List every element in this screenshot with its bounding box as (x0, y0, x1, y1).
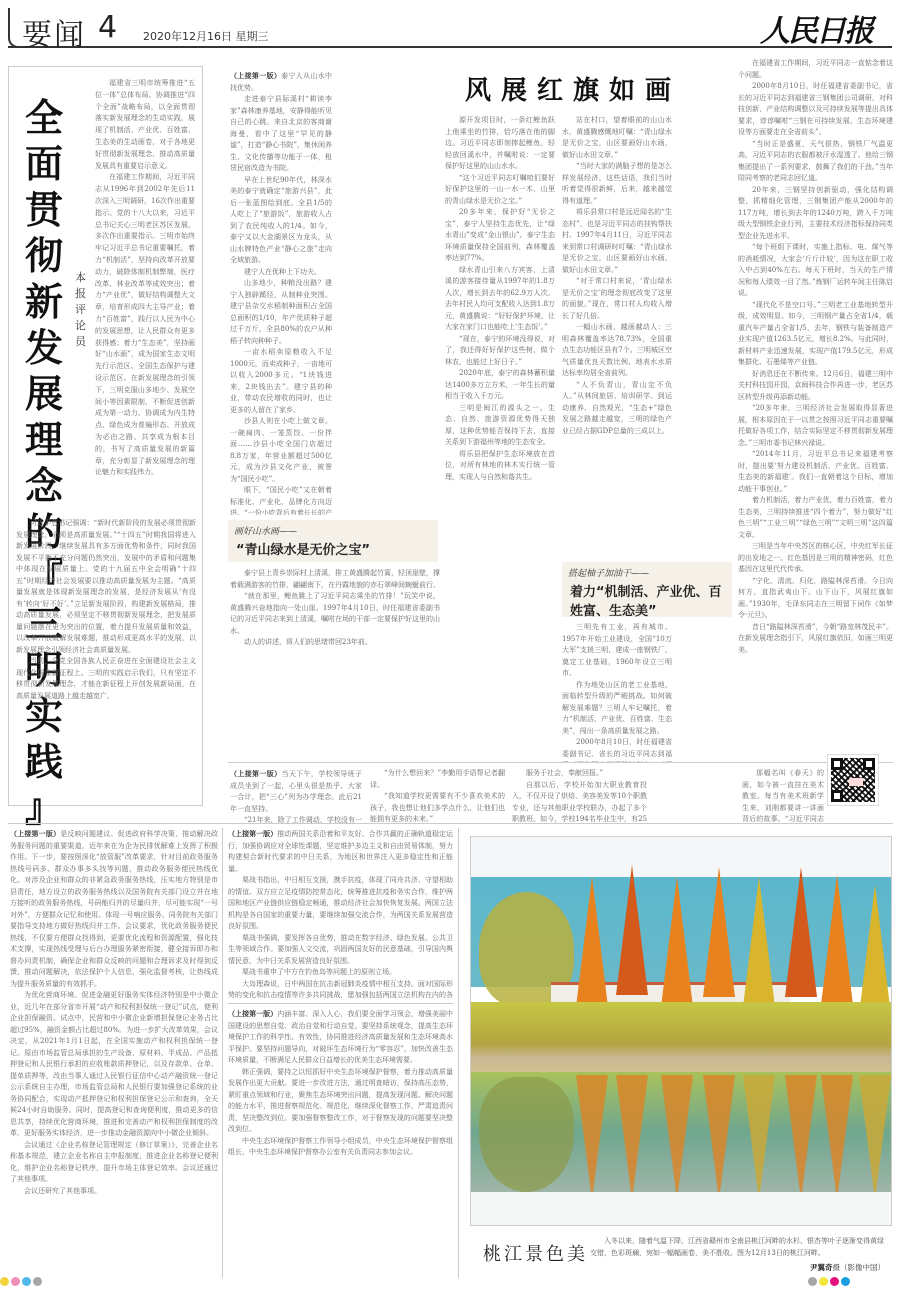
paragraph: 建宁人在优种上下功夫。 (230, 267, 332, 279)
feature-headline: 风展红旗如画 (465, 70, 681, 107)
paragraph: 福建省三明市统筹推进“五位一体”总体布局、协调推进“四个全面”战略布局，以全面贯… (95, 78, 195, 172)
ecology-article: （上接第一版）内涵丰富、深入人心，我们要全面学习领会，增强美丽中国建设的思想自觉… (228, 1008, 453, 1278)
section-name: 要闻 (22, 10, 86, 54)
paragraph: “当时大家的满脑子想的是怎么样发展经济，这些话语，我们当时听着觉得很新鲜，后来，… (562, 161, 672, 207)
paragraph: 韩正强调，要持之以恒抓好中央生态环境保护督察，着力推动高质量发展作出更大贡献。要… (228, 1067, 453, 1136)
page-number: 4 (98, 10, 117, 45)
paragraph: 20多年来，保护好“无价之宝”，泰宁人坚持生态优先，让“绿水青山”变成“金山银山… (445, 207, 555, 265)
paragraph: “人不负青山，青山定不负人。”从林间旅居、培训研学、到运动康养、自然观光，“生态… (562, 380, 672, 438)
continuation-label: （上接第一版） (230, 769, 281, 778)
continuation-label: （上接第一版） (228, 1009, 277, 1018)
paragraph: （上接第一版）推动两国关系沿着和平友好、合作共赢的正确轨道稳定运行，加强协调应对… (228, 828, 453, 875)
education-column-1: （上接第一版）当天下午，学校领导班子成员坐到了一起，心里头很是热乎。大家一合计，… (230, 768, 362, 823)
paragraph: 山多地少，种粮没出路？建宁人独辟蹊径，从制种业突围。建宁县杂交水稻制种面积占全国… (230, 278, 332, 347)
feature-column-2: 源开发项目时，一条红鲤鱼跃上他乘坐的竹排，恰巧落在他的脚边。习近平同志即刻捧起鲤… (445, 115, 555, 760)
subhead-title: “青山绿水是无价之宝” (228, 537, 438, 564)
paragraph: “2014年11月，习近平总书记来福建考察时，提出要‘努力建设机制活、产业优、百… (738, 449, 893, 495)
paragraph: 好消息还在不断传来。12月6日，福建三明中关村科技园开园，京闽科技合作再进一步，… (738, 369, 893, 404)
paragraph: 服务于社会，奉献回报。” (512, 768, 647, 780)
china-japan-article: （上接第一版）推动两国关系沿着和平友好、合作共赢的正确轨道稳定运行，加强协调应对… (228, 828, 453, 998)
registration-dot-icon (33, 1277, 42, 1286)
paragraph: 眼下，“国民小吃”又在朝着标准化、产业化、品牌化方向迈进。“一份小吃背后有着长长… (230, 485, 332, 515)
feature-column-1b: 泰宁县上青乡崇际村上清溪，排工黄盛腾起竹篙，轻顶崖壁，撑着载满游客的竹排，翩翩南… (230, 568, 440, 758)
paragraph: 为优化营商环境、促进金融更好服务实体经济特别是中小微企业，近几年在部分省市开展“… (10, 990, 218, 1140)
qr-finder-icon (863, 758, 875, 770)
education-column-4: 那幅名叫《春天》的画，如今被一直挂在美术教室。每当有美术班新学生来，刘刚都要讲一… (742, 768, 824, 823)
column-rule (458, 828, 459, 1278)
registration-dot-icon (0, 1277, 9, 1286)
page-masthead: 要闻 4 2020年12月16日 星期三 人民日报 (8, 8, 892, 48)
paragraph: 那幅名叫《春天》的画，如今被一直挂在美术教室。每当有美术班新学生来，刘刚都要讲一… (742, 768, 824, 823)
divider (228, 762, 893, 763)
paragraph: 三明先有工业，再有城市。1957年开始工业建设，全国“10万大军”支援三明，建成… (562, 622, 672, 680)
landscape-photo (470, 836, 892, 1226)
paragraph: 昔日“路隘林深苔滑”，今朝“路宽林茂民丰”。在新发展理念指引下，风展红旗依旧，如… (738, 622, 893, 657)
paragraph: 中央生态环境保护督察工作领导小组成员，中央生态环境保护督察组组长，中央生态环境保… (228, 1136, 453, 1159)
paragraph: 会议通过《企业名称登记管理规定（修订草案）》，完善企业名称基本规范，建立企业名称… (10, 1140, 218, 1186)
paragraph: 绿水青山引来八方宾客，上清溪的游客接待量从1997年的1.8万人次，增长到去年的… (445, 265, 555, 334)
title-char: 念 (22, 463, 66, 509)
paragraph: “每个班组下课时，实施上指标、电、煤气等的消耗情况，大家会‘斤斤计较’，因为这在… (738, 242, 893, 300)
continuation-label: （上接第一版） (230, 71, 281, 80)
paragraph: “就在那里，鲤鱼跳上了习近平同志乘坐的竹排！”玩笑中说，黄盛腾兴奋地指向一处山崖… (230, 591, 440, 637)
feature-column-3b: 三明先有工业，再有城市。1957年开始工业建设，全国“10万大军”支援三明，建成… (562, 622, 672, 762)
divider (8, 823, 893, 824)
paragraph: “现在，泰宁的环境没得说，对了，我还得好好保护这些树，做个林农，也能过上好日子。… (445, 334, 555, 369)
paragraph: “这个习近平同志叮嘱咱们要好好保护这里的一山一水一木，山里的青山绿水是无价之宝。… (445, 173, 555, 208)
subhead-kicker: 搭起柚子加油干—— (562, 562, 732, 579)
paragraph: （上接第一版）内涵丰富、深入人心，我们要全面学习领会，增强美丽中国建设的思想自觉… (228, 1008, 453, 1067)
commentary-body-top: 福建省三明市统筹推进“五位一体”总体布局、协调推进“四个全面”战略布局，以全面贯… (95, 78, 195, 528)
paragraph: “对于常口村来说，‘青山绿水是无价之宝’的理念彻底改变了这里的面貌。”现在，常口… (562, 276, 672, 322)
paragraph: 泰宁县上青乡崇际村上清溪，排工黄盛腾起竹篙，轻顶崖壁，撑着载满游客的竹排，翩翩南… (230, 568, 440, 591)
paragraph: 20年来，三钢坚持创新驱动，强化结构调整，抓精细化管理，三钢集团产能从2000年… (738, 185, 893, 243)
qr-finder-icon (831, 758, 843, 770)
registration-dot-icon (819, 1277, 828, 1286)
paragraph: 在福建省工作期间，习近平同志一直惦念着这个问题。 (738, 58, 893, 81)
registration-marks-right (808, 1277, 850, 1286)
feature-column-1: （上接第一版）泰宁人从山水中找优势。走进泰宁县际溪村“耕读李家”森林康养基地，安… (230, 70, 332, 515)
registration-dot-icon (11, 1277, 20, 1286)
title-char: 新 (22, 279, 66, 325)
title-char: 发 (22, 325, 66, 371)
paragraph: 站在村口，望着眼前的山山水水，黄盛腾感慨地叮嘱：“青山绿水是无价之宝，山区要画好… (562, 115, 672, 161)
paragraph: 自那以后，学校开始加大职业教育投入，不仅开设了烘焙、美容美发等10个职教专业，还… (512, 780, 647, 824)
paragraph: 三明是当年中央苏区的核心区，中央红军长征的出发地之一。红色基因是三明的精神密码，… (738, 541, 893, 576)
paragraph: 动人的讲述，将人们的思绪带回23年前。 (230, 637, 440, 649)
column-rule (222, 828, 223, 1278)
paragraph: 2020年底，泰宁的森林蓄积量达1400多万立方米，一年生长的量相当于收入千万元… (445, 368, 555, 403)
registration-dot-icon (808, 1277, 817, 1286)
paragraph: 栗战书指出，中日相互支援，携手抗疫，体现了同舟共济、守望相助的情谊。双方应立足疫… (228, 875, 453, 933)
paragraph: “为什么想回来？”李勤用手语帮记者翻译。 (370, 768, 505, 791)
continuation-label: （上接第一版） (228, 829, 277, 838)
subhead-kicker: 画好山水画—— (228, 520, 438, 537)
paragraph: 栗战书重申了中方在钓鱼岛等问题上的原则立场。 (228, 967, 453, 979)
paragraph: 早在上世纪90年代，林深水美的泰宁就确定“旅游兴县”，此后一张蓝图绘到底。全县1… (230, 175, 332, 267)
paragraph: 将乐县常口村是远近闻名的“生态村”，也是习近平同志的挂钩帮扶村。1997年4月1… (562, 207, 672, 276)
feature-column-4: 在福建省工作期间，习近平同志一直惦念着这个问题。2000年8月10日，时任福建省… (738, 58, 893, 768)
photo-title: 桃江景色美 (483, 1240, 588, 1266)
feature-subhead-2: 搭起柚子加油干—— 着力“机制活、产业优、百姓富、生态美” (562, 562, 732, 617)
paragraph: 走进泰宁县际溪村“耕读李家”森林康养基地，安静得能听见自己的心跳。来自北京的客商… (230, 94, 332, 175)
qr-finder-icon (831, 790, 843, 802)
education-column-3: 服务于社会，奉献回报。”自那以后，学校开始加大职业教育投入，不仅开设了烘焙、美容… (512, 768, 647, 823)
paragraph: 会议还研究了其他事项。 (10, 1186, 218, 1198)
commentary-body-bottom: 习近平总书记强调：“新时代新阶段的发展必须贯彻新发展理念，必须是高质量发展。”“… (16, 518, 196, 803)
paragraph: “21年来，除了工作调动，学校没有一位老师主动离开。如今，所有老师的工作简历上只… (230, 815, 362, 823)
paragraph: 着力机制活，着力产业优，着力百姓富，着力生态美，三明持续推进“四个着力”，努力做… (738, 495, 893, 541)
issue-date: 2020年12月16日 星期三 (143, 28, 269, 44)
paragraph: 大岛理森说，日中两国在抗击新冠肺炎疫情中相互支持。面对国际形势的变化和抗击疫情等… (228, 979, 453, 999)
qr-code[interactable] (828, 755, 878, 805)
title-char: 理 (22, 417, 66, 463)
paragraph: （上接第一版）是反映问题建议、促进政府科学决策、推动解决政务服务问题的重要渠道，… (10, 828, 218, 990)
registration-dot-icon (22, 1277, 31, 1286)
paragraph: （上接第一版）泰宁人从山水中找优势。 (230, 70, 332, 94)
paragraph: “20多年来，三明经济社会发展取得显著进展，根本原因在于一以贯之按照习近平同志重… (738, 403, 893, 449)
masthead-bracket (8, 8, 18, 48)
paragraph: 沙县人则在小吃上做文章。一碗扁肉、一笼蒸饺、一份拌面……沙县小吃全国门店超过8.… (230, 416, 332, 485)
feature-subhead-1: 画好山水画—— “青山绿水是无价之宝” (228, 520, 438, 562)
paragraph: 2000年8月10日，时任福建省委副书记、省长的习近平同志到福建三钢集团公司调研… (562, 737, 672, 762)
paragraph: 一幅山水画，越画越动人：三明森林覆盖率达78.73%，全国重点生态功能区县有7个… (562, 322, 672, 380)
registration-dot-icon (830, 1277, 839, 1286)
paragraph: 在福建工作期间，习近平同志从1996年到2002年先后11次深入三明调研，16次… (95, 172, 195, 479)
paragraph: 一亩水稻卖原粮收入不足1000元，而卖成种子，一亩地可以收入2000多元。“1块… (230, 347, 332, 416)
divider (228, 1003, 454, 1004)
title-char: 全 (22, 95, 66, 141)
title-char: 面 (22, 141, 66, 187)
qr-logo-icon (849, 778, 863, 786)
paragraph: 习近平总书记强调：“新时代新阶段的发展必须贯彻新发展理念，必须是高质量发展。”“… (16, 518, 196, 656)
paragraph: 当前，全党全国各族人民正奋进在全面建设社会主义现代化国家新征程上。三明的实践启示… (16, 656, 196, 702)
photo-caption: 入冬以来，随着气温下降，江西省赣州市全南县桃江河畔的水杉、银杏等叶子逐渐变得黄绿… (590, 1235, 890, 1259)
paragraph: （上接第一版）当天下午，学校领导班子成员坐到了一起，心里头很是热乎。大家一合计，… (230, 768, 362, 815)
paragraph: “宁化、清流、归化，路隘林深苔滑。今日向何方，直指武夷山下。山下山下，风展红旗如… (738, 576, 893, 622)
paragraph: “当时正是盛夏，天气很热，钢铁厂气温更高，习近平同志的衣服都被汗水湿透了。他给三… (738, 139, 893, 185)
title-char: 贯 (22, 187, 66, 233)
registration-marks-left (0, 1277, 42, 1286)
paragraph: 栗战书强调，要发挥各自优势，推动在数字经济、绿色发展、公共卫生等领域合作。要加强… (228, 933, 453, 968)
subhead-title: 着力“机制活、产业优、百姓富、生态美” (562, 579, 732, 625)
commentary-byline: 本报评论员 (75, 270, 89, 350)
continuation-label: （上接第一版） (10, 829, 60, 838)
education-column-2: “为什么想回来？”李勤用手语帮记者翻译。“我知道学校更需要有不少喜欢美术的孩子，… (370, 768, 505, 823)
paragraph: “我知道学校更需要有不少喜欢美术的孩子，我也想让他们多学点什么，让他们也能拥有更… (370, 791, 505, 823)
paragraph: “现代化不是空口号。”三明老工业基地转型升级，成效明显。如今，三明钢产量占全省1… (738, 300, 893, 369)
paragraph: 2000年8月10日，时任福建省委副书记，省长的习近平同志到福建省三钢集团公司调… (738, 81, 893, 139)
feature-column-3: 站在村口，望着眼前的山山水水，黄盛腾感慨地叮嘱：“青山绿水是无价之宝，山区要画好… (562, 115, 672, 555)
paragraph: 将乐县把保护生态环境放在首位，对所有林地的林木实行统一管理，实现人与自然和谐共生… (445, 449, 555, 484)
registration-dot-icon (841, 1277, 850, 1286)
title-char: 彻 (22, 233, 66, 279)
title-char: 展 (22, 371, 66, 417)
paragraph: 三明是闽江的源头之一。生态、自然、旅游资源优势得天独厚，这种优势能否保持下去，直… (445, 403, 555, 449)
photo-credit: 尹翼奇摄（影像中国） (810, 1262, 885, 1273)
paragraph: 作为地处山区的老工业基地，面临转型升级的严峻挑战。如何破解发展难题？三明人牢记嘱… (562, 680, 672, 738)
paragraph: 源开发项目时，一条红鲤鱼跃上他乘坐的竹排，恰巧落在他的脚边。习近平同志即刻捧起鲤… (445, 115, 555, 173)
newspaper-logo: 人民日报 (760, 6, 872, 50)
hotline-article: （上接第一版）是反映问题建议、促进政府科学决策、推动解决政务服务问题的重要渠道，… (10, 828, 218, 1273)
